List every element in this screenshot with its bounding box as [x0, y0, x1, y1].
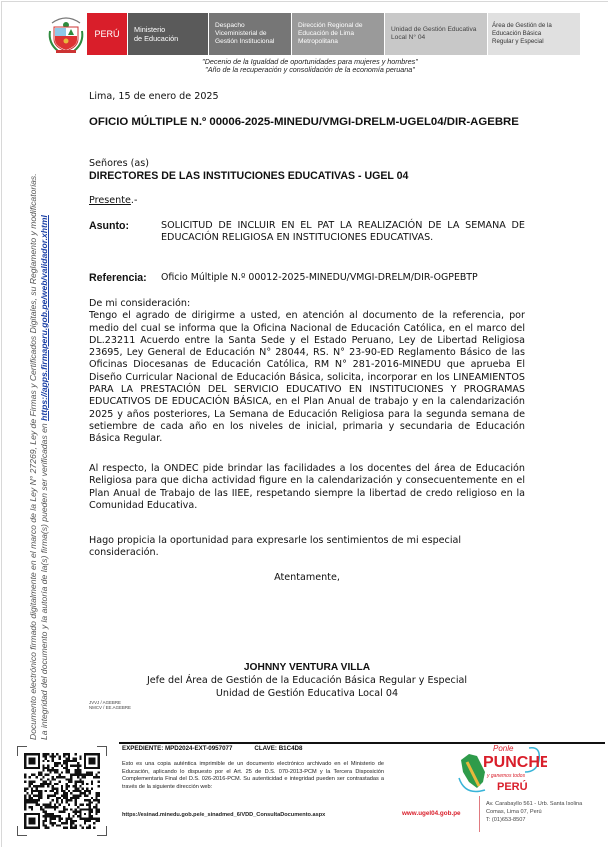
salutation: Señores (as): [89, 158, 525, 170]
body-paragraph-1: De mi consideración: Tengo el agrado de …: [89, 298, 525, 446]
signer-role-block: Jefe del Área de Gestión de la Educación…: [89, 675, 525, 700]
asunto-label: Asunto:: [89, 220, 161, 245]
digital-signature-note: Documento electrónico firmado digitalmen…: [28, 60, 49, 740]
letter-date: Lima, 15 de enero de 2025: [89, 91, 525, 103]
body-paragraph-2: Al respecto, la ONDEC pide brindar las f…: [89, 463, 525, 512]
recipients: DIRECTORES DE LAS INSTITUCIONES EDUCATIV…: [89, 170, 525, 182]
expediente-line: EXPEDIENTE: MPD2024-EXT-0957077CLAVE: B1…: [122, 745, 302, 752]
presente-line: Presente.-: [89, 195, 525, 207]
referencia-label: Referencia:: [89, 272, 161, 284]
header-block-direccion: Dirección Regional de Educación de Lima …: [292, 13, 384, 55]
oficio-number: OFICIO MÚLTIPLE N.º 00006-2025-MINEDU/VM…: [89, 116, 525, 129]
asunto-row: Asunto: SOLICITUD DE INCLUIR EN EL PAT L…: [89, 220, 525, 245]
ugel-website-link[interactable]: www.ugel04.gob.pe: [402, 810, 461, 817]
digital-signature-line-2: La integridad del documento y la autoría…: [39, 60, 50, 740]
header-block-ministerio: Ministerio de Educación: [128, 13, 208, 55]
signer-role: Jefe del Área de Gestión de la Educación…: [89, 675, 525, 688]
institutional-header: PERÚ Ministerio de Educación Despacho Vi…: [46, 13, 580, 55]
campaign-ganemos: y ganemos todos: [486, 773, 526, 779]
referencia-row: Referencia: Oficio Múltiple N.º 00012-20…: [89, 272, 525, 284]
authenticity-note: Esto es una copia auténtica imprimible d…: [122, 761, 384, 791]
qr-code-icon: [17, 746, 107, 836]
signer-name: JOHNNY VENTURA VILLA: [89, 662, 525, 673]
asunto-text: SOLICITUD DE INCLUIR EN EL PAT LA REALIZ…: [161, 220, 525, 245]
ponle-punche-peru-logo: Ponle PUNCHE y ganemos todos PERÚ: [455, 742, 547, 800]
campaign-ponle: Ponle: [493, 744, 514, 753]
presente-suffix: .-: [131, 195, 138, 206]
presente-word: Presente: [89, 195, 131, 206]
verify-prefix: La integridad del documento y la autoría…: [39, 421, 49, 740]
closing: Atentamente,: [89, 572, 525, 584]
header-block-peru: PERÚ: [87, 13, 127, 55]
header-area-text: Área de Gestión de la Educación Básica R…: [492, 22, 552, 46]
expediente-number: EXPEDIENTE: MPD2024-EXT-0957077: [122, 745, 232, 752]
header-ugel-text: Unidad de Gestión Educativa Local N° 04: [391, 26, 476, 42]
referencia-text: Oficio Múltiple N.º 00012-2025-MINEDU/VM…: [161, 272, 525, 284]
footer-vertical-divider: [479, 796, 480, 832]
header-ministerio-text: Ministerio de Educación: [134, 25, 178, 43]
clave-code: CLAVE: B1C4D8: [254, 745, 302, 752]
year-mottos: "Decenio de la Igualdad de oportunidades…: [150, 58, 470, 75]
verify-document-link[interactable]: https://esinad.minedu.gob.pe/e_sinadmed_…: [122, 812, 325, 818]
peru-coat-of-arms-icon: [46, 13, 86, 55]
campaign-punche: PUNCHE: [483, 754, 547, 771]
header-direccion-text: Dirección Regional de Educación de Lima …: [298, 22, 363, 47]
digital-signature-line-1: Documento electrónico firmado digitalmen…: [28, 60, 39, 740]
header-peru-text: PERÚ: [94, 30, 119, 38]
firmaperu-validator-link[interactable]: https://apps.firmaperu.gob.pe/web/valida…: [39, 215, 49, 421]
drafter-initials: JVVJ / AGEBRE NMCV / EE.AGEBRE: [89, 700, 131, 710]
ugel-address: Av. Carabayllo 561 - Urb. Santa Isolina …: [486, 800, 582, 824]
signer-unit: Unidad de Gestión Educativa Local 04: [89, 688, 525, 701]
campaign-peru: PERÚ: [497, 780, 528, 793]
header-block-despacho: Despacho Viceministerial de Gestión Inst…: [209, 13, 291, 55]
header-despacho-text: Despacho Viceministerial de Gestión Inst…: [215, 22, 274, 47]
header-block-ugel: Unidad de Gestión Educativa Local N° 04: [385, 13, 487, 55]
body-paragraph-3: Hago propicia la oportunidad para expres…: [89, 535, 525, 560]
qr-code-pattern: [24, 753, 100, 829]
motto-anio: "Año de la recuperación y consolidación …: [150, 66, 470, 74]
header-block-area: Área de Gestión de la Educación Básica R…: [488, 13, 580, 55]
